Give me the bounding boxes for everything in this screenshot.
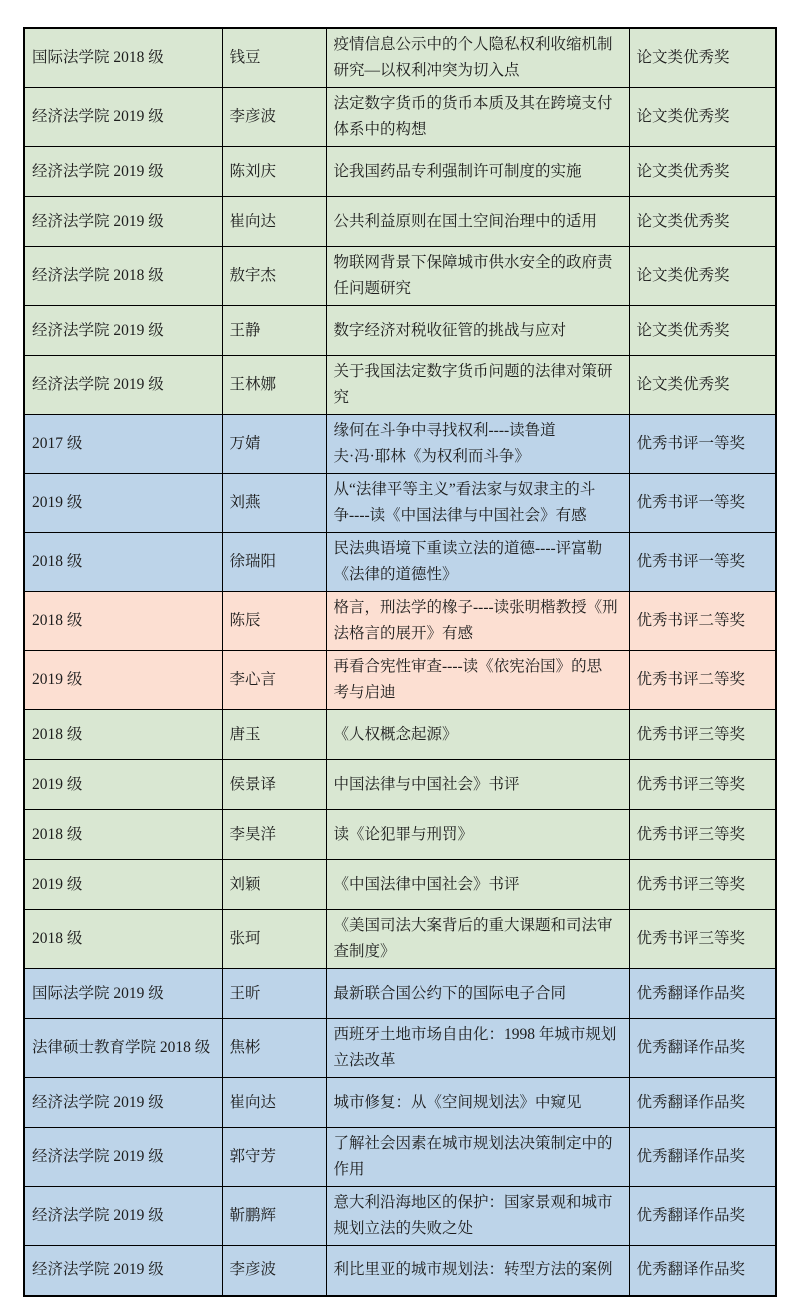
award-cell: 论文类优秀奖 (629, 356, 776, 415)
award-cell: 优秀书评一等奖 (629, 415, 776, 474)
table-row: 2018 级 李昊洋 读《论犯罪与刑罚》 优秀书评三等奖 (24, 810, 776, 860)
name-cell: 王昕 (222, 969, 326, 1019)
name-cell: 刘颖 (222, 860, 326, 910)
title-cell: 《美国司法大案背后的重大课题和司法审 查制度》 (326, 910, 629, 969)
name-cell: 崔向达 (222, 1078, 326, 1128)
college-cell: 法律硕士教育学院 2018 级 (24, 1019, 222, 1078)
name-cell: 徐瑞阳 (222, 533, 326, 592)
name-cell: 李彦波 (222, 1246, 326, 1296)
table-row: 2019 级 李心言 再看合宪性审查----读《依宪治国》的思 考与启迪 优秀书… (24, 651, 776, 710)
table-row: 2019 级 刘颖 《中国法律中国社会》书评 优秀书评三等奖 (24, 860, 776, 910)
name-cell: 钱豆 (222, 28, 326, 88)
award-cell: 优秀书评三等奖 (629, 760, 776, 810)
award-cell: 论文类优秀奖 (629, 88, 776, 147)
table-row: 2018 级 陈辰 格言，刑法学的橡子----读张明楷教授《刑 法格言的展开》有… (24, 592, 776, 651)
college-cell: 经济法学院 2019 级 (24, 197, 222, 247)
title-cell: 物联网背景下保障城市供水安全的政府责 任问题研究 (326, 247, 629, 306)
name-cell: 刘燕 (222, 474, 326, 533)
college-cell: 2019 级 (24, 760, 222, 810)
title-cell: 数字经济对税收征管的挑战与应对 (326, 306, 629, 356)
name-cell: 焦彬 (222, 1019, 326, 1078)
table-row: 2018 级 徐瑞阳 民法典语境下重读立法的道德----评富勒 《法律的道德性》… (24, 533, 776, 592)
award-cell: 优秀翻译作品奖 (629, 1019, 776, 1078)
college-cell: 经济法学院 2018 级 (24, 247, 222, 306)
college-cell: 2019 级 (24, 860, 222, 910)
name-cell: 靳鹏辉 (222, 1187, 326, 1246)
table-row: 经济法学院 2019 级 王林娜 关于我国法定数字货币问题的法律对策研 究 论文… (24, 356, 776, 415)
name-cell: 陈刘庆 (222, 147, 326, 197)
table-row: 经济法学院 2019 级 郭守芳 了解社会因素在城市规划法决策制定中的 作用 优… (24, 1128, 776, 1187)
table-row: 经济法学院 2019 级 靳鹏辉 意大利沿海地区的保护：国家景观和城市 规划立法… (24, 1187, 776, 1246)
award-cell: 优秀书评一等奖 (629, 533, 776, 592)
college-cell: 2019 级 (24, 474, 222, 533)
name-cell: 陈辰 (222, 592, 326, 651)
college-cell: 2019 级 (24, 651, 222, 710)
table-row: 2018 级 唐玉 《人权概念起源》 优秀书评三等奖 (24, 710, 776, 760)
title-cell: 读《论犯罪与刑罚》 (326, 810, 629, 860)
name-cell: 郭守芳 (222, 1128, 326, 1187)
award-cell: 论文类优秀奖 (629, 306, 776, 356)
college-cell: 经济法学院 2019 级 (24, 1187, 222, 1246)
award-cell: 论文类优秀奖 (629, 28, 776, 88)
award-cell: 论文类优秀奖 (629, 197, 776, 247)
title-cell: 《人权概念起源》 (326, 710, 629, 760)
college-cell: 2018 级 (24, 533, 222, 592)
name-cell: 王静 (222, 306, 326, 356)
table-row: 经济法学院 2019 级 王静 数字经济对税收征管的挑战与应对 论文类优秀奖 (24, 306, 776, 356)
awards-table: 国际法学院 2018 级 钱豆 疫情信息公示中的个人隐私权利收缩机制 研究—以权… (23, 27, 777, 1297)
title-cell: 意大利沿海地区的保护：国家景观和城市 规划立法的失败之处 (326, 1187, 629, 1246)
college-cell: 2018 级 (24, 592, 222, 651)
title-cell: 再看合宪性审查----读《依宪治国》的思 考与启迪 (326, 651, 629, 710)
title-cell: 法定数字货币的货币本质及其在跨境支付 体系中的构想 (326, 88, 629, 147)
college-cell: 经济法学院 2019 级 (24, 88, 222, 147)
college-cell: 经济法学院 2019 级 (24, 1128, 222, 1187)
title-cell: 公共利益原则在国土空间治理中的适用 (326, 197, 629, 247)
table-row: 经济法学院 2019 级 李彦波 法定数字货币的货币本质及其在跨境支付 体系中的… (24, 88, 776, 147)
table-row: 经济法学院 2019 级 陈刘庆 论我国药品专利强制许可制度的实施 论文类优秀奖 (24, 147, 776, 197)
award-cell: 论文类优秀奖 (629, 247, 776, 306)
college-cell: 经济法学院 2019 级 (24, 356, 222, 415)
award-cell: 优秀书评二等奖 (629, 592, 776, 651)
table-row: 2019 级 刘燕 从“法律平等主义”看法家与奴隶主的斗 争----读《中国法律… (24, 474, 776, 533)
title-cell: 疫情信息公示中的个人隐私权利收缩机制 研究—以权利冲突为切入点 (326, 28, 629, 88)
document-page: 国际法学院 2018 级 钱豆 疫情信息公示中的个人隐私权利收缩机制 研究—以权… (0, 0, 800, 1315)
award-cell: 优秀翻译作品奖 (629, 1078, 776, 1128)
award-cell: 优秀翻译作品奖 (629, 1246, 776, 1296)
college-cell: 2018 级 (24, 810, 222, 860)
table-row: 经济法学院 2019 级 崔向达 公共利益原则在国土空间治理中的适用 论文类优秀… (24, 197, 776, 247)
name-cell: 侯景译 (222, 760, 326, 810)
title-cell: 中国法律与中国社会》书评 (326, 760, 629, 810)
table-row: 法律硕士教育学院 2018 级 焦彬 西班牙土地市场自由化：1998 年城市规划… (24, 1019, 776, 1078)
award-cell: 优秀书评三等奖 (629, 710, 776, 760)
table-row: 2018 级 张珂 《美国司法大案背后的重大课题和司法审 查制度》 优秀书评三等… (24, 910, 776, 969)
table-row: 经济法学院 2019 级 崔向达 城市修复：从《空间规划法》中窥见 优秀翻译作品… (24, 1078, 776, 1128)
awards-table-body: 国际法学院 2018 级 钱豆 疫情信息公示中的个人隐私权利收缩机制 研究—以权… (24, 28, 776, 1296)
table-row: 经济法学院 2019 级 李彦波 利比里亚的城市规划法：转型方法的案例 优秀翻译… (24, 1246, 776, 1296)
name-cell: 崔向达 (222, 197, 326, 247)
award-cell: 优秀翻译作品奖 (629, 969, 776, 1019)
table-row: 国际法学院 2018 级 钱豆 疫情信息公示中的个人隐私权利收缩机制 研究—以权… (24, 28, 776, 88)
table-row: 2019 级 侯景译 中国法律与中国社会》书评 优秀书评三等奖 (24, 760, 776, 810)
award-cell: 优秀翻译作品奖 (629, 1128, 776, 1187)
title-cell: 格言，刑法学的橡子----读张明楷教授《刑 法格言的展开》有感 (326, 592, 629, 651)
college-cell: 国际法学院 2019 级 (24, 969, 222, 1019)
college-cell: 经济法学院 2019 级 (24, 1078, 222, 1128)
title-cell: 从“法律平等主义”看法家与奴隶主的斗 争----读《中国法律与中国社会》有感 (326, 474, 629, 533)
table-row: 经济法学院 2018 级 敖宇杰 物联网背景下保障城市供水安全的政府责 任问题研… (24, 247, 776, 306)
title-cell: 城市修复：从《空间规划法》中窥见 (326, 1078, 629, 1128)
name-cell: 张珂 (222, 910, 326, 969)
name-cell: 敖宇杰 (222, 247, 326, 306)
name-cell: 唐玉 (222, 710, 326, 760)
table-row: 国际法学院 2019 级 王昕 最新联合国公约下的国际电子合同 优秀翻译作品奖 (24, 969, 776, 1019)
college-cell: 2018 级 (24, 710, 222, 760)
award-cell: 优秀书评一等奖 (629, 474, 776, 533)
name-cell: 李彦波 (222, 88, 326, 147)
name-cell: 李昊洋 (222, 810, 326, 860)
award-cell: 论文类优秀奖 (629, 147, 776, 197)
award-cell: 优秀书评三等奖 (629, 910, 776, 969)
title-cell: 关于我国法定数字货币问题的法律对策研 究 (326, 356, 629, 415)
college-cell: 2017 级 (24, 415, 222, 474)
title-cell: 《中国法律中国社会》书评 (326, 860, 629, 910)
title-cell: 论我国药品专利强制许可制度的实施 (326, 147, 629, 197)
award-cell: 优秀书评三等奖 (629, 810, 776, 860)
college-cell: 经济法学院 2019 级 (24, 1246, 222, 1296)
table-row: 2017 级 万婧 缘何在斗争中寻找权利----读鲁道 夫·冯·耶林《为权利而斗… (24, 415, 776, 474)
title-cell: 民法典语境下重读立法的道德----评富勒 《法律的道德性》 (326, 533, 629, 592)
college-cell: 国际法学院 2018 级 (24, 28, 222, 88)
name-cell: 李心言 (222, 651, 326, 710)
title-cell: 了解社会因素在城市规划法决策制定中的 作用 (326, 1128, 629, 1187)
name-cell: 万婧 (222, 415, 326, 474)
title-cell: 利比里亚的城市规划法：转型方法的案例 (326, 1246, 629, 1296)
college-cell: 经济法学院 2019 级 (24, 306, 222, 356)
award-cell: 优秀书评二等奖 (629, 651, 776, 710)
name-cell: 王林娜 (222, 356, 326, 415)
title-cell: 西班牙土地市场自由化：1998 年城市规划 立法改革 (326, 1019, 629, 1078)
award-cell: 优秀翻译作品奖 (629, 1187, 776, 1246)
title-cell: 缘何在斗争中寻找权利----读鲁道 夫·冯·耶林《为权利而斗争》 (326, 415, 629, 474)
college-cell: 2018 级 (24, 910, 222, 969)
award-cell: 优秀书评三等奖 (629, 860, 776, 910)
college-cell: 经济法学院 2019 级 (24, 147, 222, 197)
title-cell: 最新联合国公约下的国际电子合同 (326, 969, 629, 1019)
